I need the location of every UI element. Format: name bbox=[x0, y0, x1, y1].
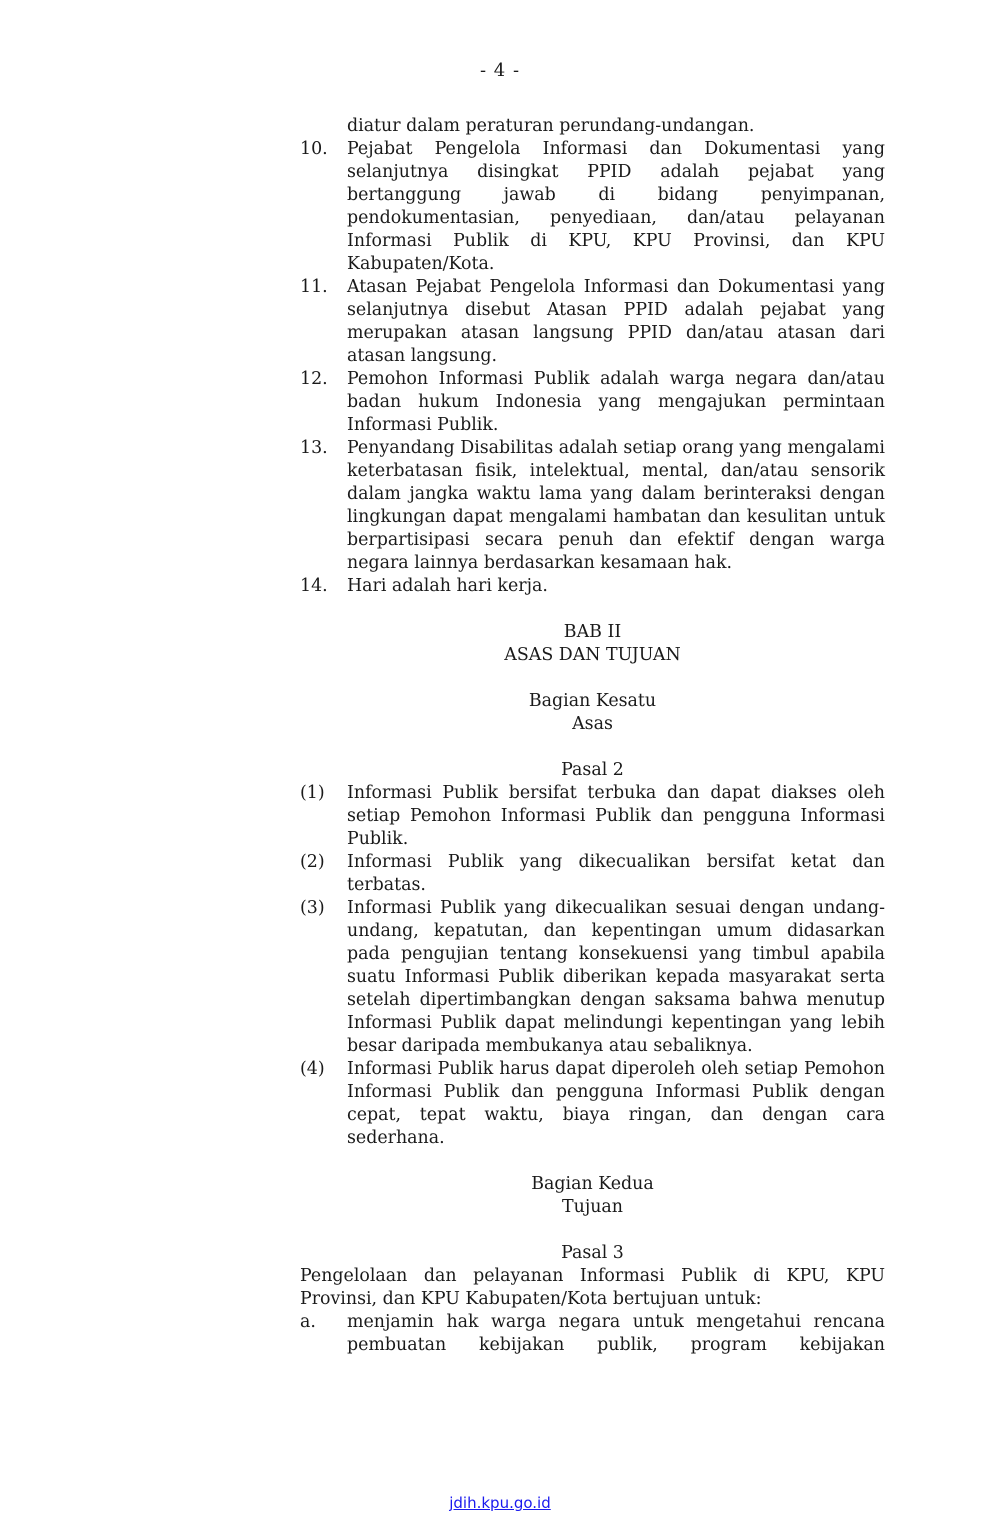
part-label: Bagian Kesatu bbox=[300, 690, 885, 713]
clause-item: (3) Informasi Publik yang dikecualikan s… bbox=[300, 897, 885, 1058]
clause-item: (1) Informasi Publik bersifat terbuka da… bbox=[300, 782, 885, 851]
clause-text: Informasi Publik bersifat terbuka dan da… bbox=[347, 782, 885, 851]
definition-text: Pemohon Informasi Publik adalah warga ne… bbox=[347, 368, 885, 437]
definition-number: 11. bbox=[300, 276, 347, 368]
point-text: menjamin hak warga negara untuk mengetah… bbox=[347, 1311, 885, 1357]
definition-item: 12. Pemohon Informasi Publik adalah warg… bbox=[300, 368, 885, 437]
definition-text: Pejabat Pengelola Informasi dan Dokument… bbox=[347, 138, 885, 276]
part-label: Bagian Kedua bbox=[300, 1173, 885, 1196]
definition-number: 10. bbox=[300, 138, 347, 276]
definition-number: 14. bbox=[300, 575, 347, 598]
definition-item: 14. Hari adalah hari kerja. bbox=[300, 575, 885, 598]
clause-text: Informasi Publik yang dikecualikan bersi… bbox=[347, 851, 885, 897]
clause-number: (1) bbox=[300, 782, 347, 851]
website-link[interactable]: jdih.kpu.go.id bbox=[449, 1494, 551, 1512]
definition-text: Penyandang Disabilitas adalah setiap ora… bbox=[347, 437, 885, 575]
part-title: Tujuan bbox=[300, 1196, 885, 1219]
point-item: a. menjamin hak warga negara untuk menge… bbox=[300, 1311, 885, 1357]
clause-text: Informasi Publik yang dikecualikan sesua… bbox=[347, 897, 885, 1058]
chapter-number: BAB II bbox=[300, 621, 885, 644]
clause-number: (2) bbox=[300, 851, 347, 897]
clause-item: (4) Informasi Publik harus dapat diperol… bbox=[300, 1058, 885, 1150]
definition-text: Atasan Pejabat Pengelola Informasi dan D… bbox=[347, 276, 885, 368]
definition-item: 13. Penyandang Disabilitas adalah setiap… bbox=[300, 437, 885, 575]
point-letter: a. bbox=[300, 1311, 347, 1357]
definition-item: 11. Atasan Pejabat Pengelola Informasi d… bbox=[300, 276, 885, 368]
definition-number: 12. bbox=[300, 368, 347, 437]
document-body: diatur dalam peraturan perundang-undanga… bbox=[300, 115, 885, 1357]
article-title: Pasal 2 bbox=[300, 759, 885, 782]
continuation-text: diatur dalam peraturan perundang-undanga… bbox=[347, 115, 885, 138]
part-title: Asas bbox=[300, 713, 885, 736]
definition-number: 13. bbox=[300, 437, 347, 575]
definition-item: 10. Pejabat Pengelola Informasi dan Doku… bbox=[300, 138, 885, 276]
clause-number: (3) bbox=[300, 897, 347, 1058]
definition-text: Hari adalah hari kerja. bbox=[347, 575, 885, 598]
clause-item: (2) Informasi Publik yang dikecualikan b… bbox=[300, 851, 885, 897]
article-title: Pasal 3 bbox=[300, 1242, 885, 1265]
page-number: - 4 - bbox=[0, 60, 1000, 81]
article-intro: Pengelolaan dan pelayanan Informasi Publ… bbox=[300, 1265, 885, 1311]
clause-text: Informasi Publik harus dapat diperoleh o… bbox=[347, 1058, 885, 1150]
clause-number: (4) bbox=[300, 1058, 347, 1150]
chapter-title: ASAS DAN TUJUAN bbox=[300, 644, 885, 667]
footer: jdih.kpu.go.id bbox=[0, 1494, 1000, 1512]
